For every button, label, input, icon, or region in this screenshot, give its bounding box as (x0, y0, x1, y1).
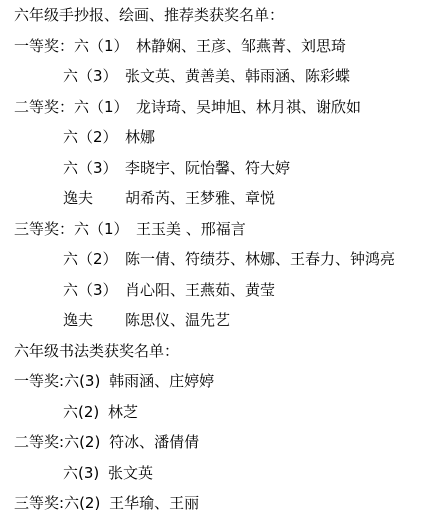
class-label: 六(3) (64, 366, 109, 397)
class-label: 六（1） (74, 214, 136, 245)
award-row: 三等奖:六(2)王华瑜、王丽 (14, 488, 447, 519)
names-text: 林芝 (108, 397, 138, 428)
section-rows: 一等奖：六（1）林静娴、王彦、邹燕菁、刘思琦六（3）张文英、黄善美、韩雨涵、陈彩… (14, 31, 447, 336)
award-row: 二等奖:六(2)符冰、潘倩倩 (14, 427, 447, 458)
award-row: 六（3）肖心阳、王燕茹、黄莹 (14, 275, 447, 306)
award-label: 一等奖: (14, 366, 64, 397)
award-label: 二等奖： (14, 92, 74, 123)
award-row: 一等奖:六(3)韩雨涵、庄婷婷 (14, 366, 447, 397)
names-text: 林娜 (125, 122, 155, 153)
section-title: 六年级书法类获奖名单： (14, 336, 447, 367)
class-label: 六（2） (63, 122, 125, 153)
award-row: 六（3）李晓宇、阮怡馨、符大婷 (14, 153, 447, 184)
names-text: 陈一倩、符绩芬、林娜、王春力、钟鸿亮 (125, 244, 395, 275)
names-text: 王玉美 、邢福言 (136, 214, 246, 245)
names-text: 张文英 (108, 458, 153, 489)
award-section-calligraphy: 六年级书法类获奖名单： 一等奖:六(3)韩雨涵、庄婷婷六(2)林芝二等奖:六(2… (14, 336, 447, 519)
class-label: 六(2) (63, 397, 108, 428)
names-text: 张文英、黄善美、韩雨涵、陈彩蝶 (125, 61, 350, 92)
names-text: 李晓宇、阮怡馨、符大婷 (125, 153, 290, 184)
class-label: 六（3） (63, 153, 125, 184)
award-row: 三等奖：六（1）王玉美 、邢福言 (14, 214, 447, 245)
award-row: 六(3)张文英 (14, 458, 447, 489)
class-label: 六（3） (63, 61, 125, 92)
class-label: 逸夫 (63, 305, 125, 336)
award-row: 二等奖：六（1）龙诗琦、吴坤旭、林月祺、谢欣如 (14, 92, 447, 123)
award-label: 三等奖： (14, 214, 74, 245)
class-label: 逸夫 (63, 183, 125, 214)
section-title: 六年级手抄报、绘画、推荐类获奖名单： (14, 0, 447, 31)
class-label: 六（2） (63, 244, 125, 275)
award-row: 六(2)林芝 (14, 397, 447, 428)
award-row: 逸夫胡希芮、王梦雅、章悦 (14, 183, 447, 214)
award-label: 三等奖: (14, 488, 64, 519)
names-text: 胡希芮、王梦雅、章悦 (125, 183, 275, 214)
award-label: 一等奖： (14, 31, 74, 62)
award-label: 二等奖: (14, 427, 64, 458)
names-text: 王华瑜、王丽 (109, 488, 199, 519)
class-label: 六（3） (63, 275, 125, 306)
award-section-handcopy: 六年级手抄报、绘画、推荐类获奖名单： 一等奖：六（1）林静娴、王彦、邹燕菁、刘思… (14, 0, 447, 336)
award-row: 六（2）陈一倩、符绩芬、林娜、王春力、钟鸿亮 (14, 244, 447, 275)
award-row: 逸夫陈思仪、温先艺 (14, 305, 447, 336)
names-text: 肖心阳、王燕茹、黄莹 (125, 275, 275, 306)
names-text: 韩雨涵、庄婷婷 (109, 366, 214, 397)
class-label: 六(2) (64, 488, 109, 519)
document: 六年级手抄报、绘画、推荐类获奖名单： 一等奖：六（1）林静娴、王彦、邹燕菁、刘思… (0, 0, 447, 532)
names-text: 龙诗琦、吴坤旭、林月祺、谢欣如 (136, 92, 361, 123)
award-row: 六（2）林娜 (14, 122, 447, 153)
class-label: 六(3) (63, 458, 108, 489)
section-rows: 一等奖:六(3)韩雨涵、庄婷婷六(2)林芝二等奖:六(2)符冰、潘倩倩六(3)张… (14, 366, 447, 519)
class-label: 六（1） (74, 31, 136, 62)
names-text: 林静娴、王彦、邹燕菁、刘思琦 (136, 31, 346, 62)
class-label: 六(2) (64, 427, 109, 458)
award-row: 六（3）张文英、黄善美、韩雨涵、陈彩蝶 (14, 61, 447, 92)
names-text: 陈思仪、温先艺 (125, 305, 230, 336)
award-row: 一等奖：六（1）林静娴、王彦、邹燕菁、刘思琦 (14, 31, 447, 62)
names-text: 符冰、潘倩倩 (109, 427, 199, 458)
class-label: 六（1） (74, 92, 136, 123)
